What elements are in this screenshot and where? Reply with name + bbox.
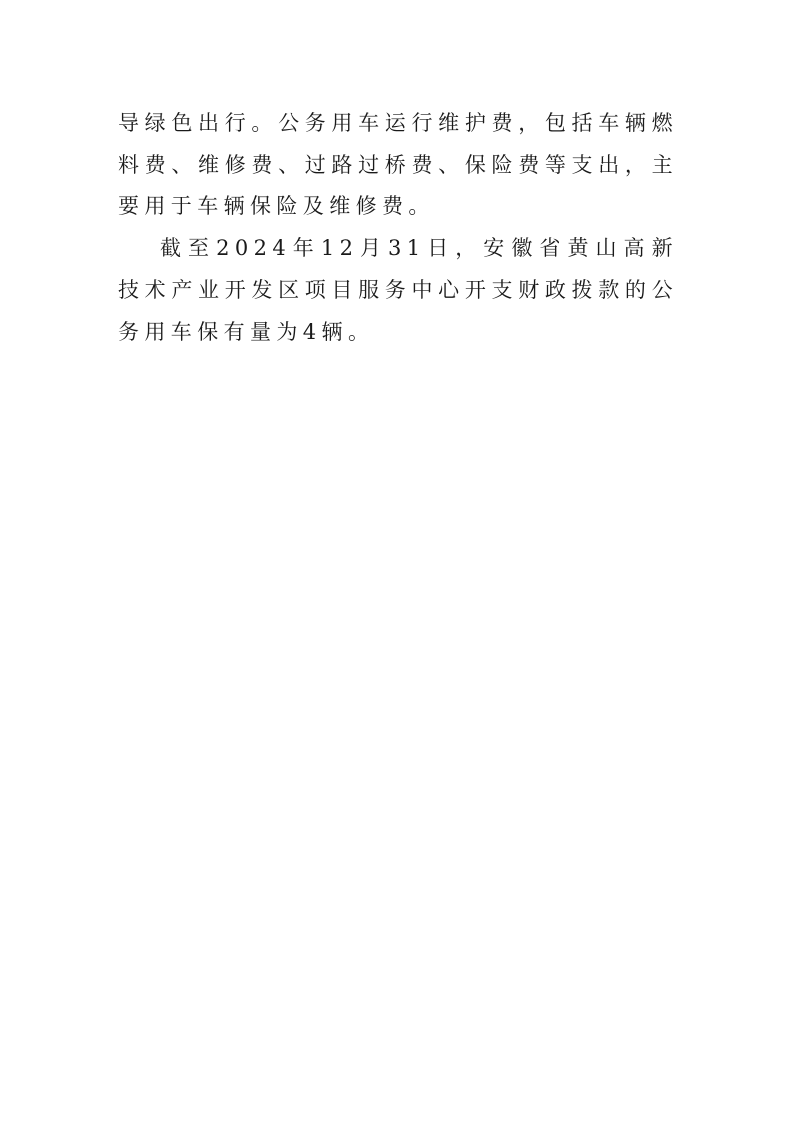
paragraph-vehicle-count: 截至2024年12月31日，安徽省黄山高新技术产业开发区项目服务中心开支财政拨款…: [118, 228, 678, 353]
paragraph-vehicle-maintenance: 导绿色出行。公务用车运行维护费，包括车辆燃料费、维修费、过路过桥费、保险费等支出…: [118, 103, 678, 228]
document-page: 导绿色出行。公务用车运行维护费，包括车辆燃料费、维修费、过路过桥费、保险费等支出…: [118, 103, 678, 353]
